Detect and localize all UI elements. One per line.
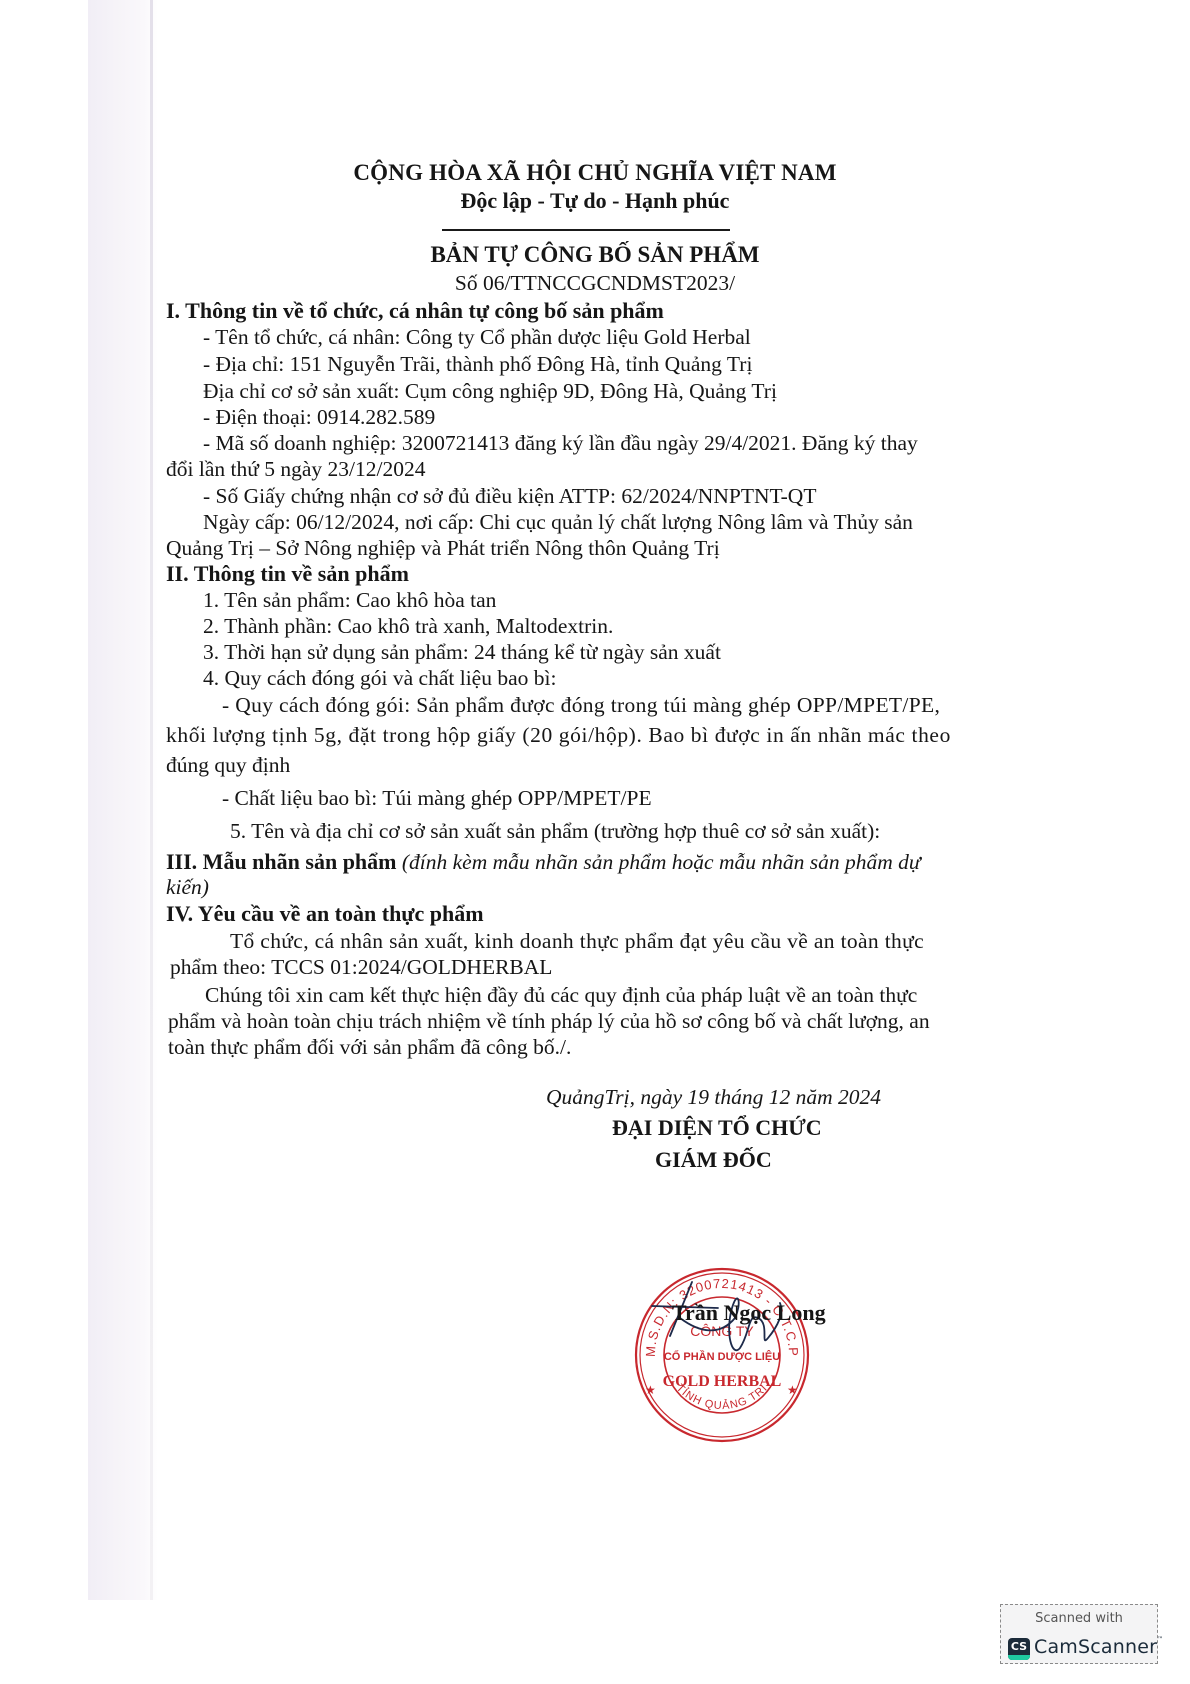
commitment-line-3: toàn thực phẩm đối với sản phẩm đã công … [168, 1034, 571, 1060]
manufacturer-line: 5. Tên và địa chỉ cơ sở sản xuất sản phẩ… [230, 818, 880, 844]
section-3-heading: III. Mẫu nhãn sản phẩm [166, 849, 396, 874]
section-3-note-cont: kiến) [166, 874, 209, 900]
attp-certificate-line: - Số Giấy chứng nhận cơ sở đủ điều kiện … [203, 483, 816, 509]
camscanner-watermark: Scanned with CS CamScanner™ [1000, 1604, 1158, 1664]
section-2-heading: II. Thông tin về sản phẩm [166, 561, 409, 587]
ingredients-line: 2. Thành phần: Cao khô trà xanh, Maltode… [203, 613, 613, 639]
issuer-line-cont: Quảng Trị – Sở Nông nghiệp và Phát triển… [166, 535, 720, 561]
document-number: Số 06/TTNCCGCNDMST2023/ [0, 270, 1190, 296]
scanned-with-label: Scanned with [1001, 1611, 1157, 1626]
packaging-heading-line: 4. Quy cách đóng gói và chất liệu bao bì… [203, 665, 556, 691]
address-line: - Địa chỉ: 151 Nguyễn Trãi, thành phố Đô… [203, 351, 752, 377]
signer-name: Trần Ngọc Long [672, 1300, 826, 1326]
document-title: BẢN TỰ CÔNG BỐ SẢN PHẨM [0, 242, 1190, 268]
safety-standard-line: Tổ chức, cá nhân sản xuất, kinh doanh th… [230, 928, 924, 954]
camscanner-brand: CamScanner™ [1034, 1636, 1163, 1658]
org-name-line: - Tên tổ chức, cá nhân: Công ty Cổ phần … [203, 324, 751, 350]
business-code-line-cont: đổi lần thứ 5 ngày 23/12/2024 [166, 456, 425, 482]
commitment-line-2: phẩm và hoàn toàn chịu trách nhiệm về tí… [168, 1008, 930, 1034]
signer-role-title: GIÁM ĐỐC [655, 1147, 772, 1173]
shelf-life-line: 3. Thời hạn sử dụng sản phẩm: 24 tháng k… [203, 639, 721, 665]
section-3-line: III. Mẫu nhãn sản phẩm (đính kèm mẫu nhã… [166, 849, 921, 875]
packaging-spec-line-end: đúng quy định [166, 752, 290, 778]
packaging-material-line: - Chất liệu bao bì: Túi màng ghép OPP/MP… [222, 785, 652, 811]
stamp-star-left-icon: ★ [645, 1383, 656, 1397]
motto-underline [442, 229, 730, 231]
section-3-note: (đính kèm mẫu nhãn sản phẩm hoặc mẫu nhã… [402, 850, 921, 874]
stamp-star-right-icon: ★ [787, 1383, 798, 1397]
commitment-line: Chúng tôi xin cam kết thực hiện đầy đủ c… [205, 982, 917, 1008]
packaging-spec-line: - Quy cách đóng gói: Sản phẩm được đóng … [222, 692, 940, 718]
motto: Độc lập - Tự do - Hạnh phúc [0, 188, 1190, 214]
signer-role-org: ĐẠI DIỆN TỔ CHỨC [612, 1115, 822, 1141]
document-page: CỘNG HÒA XÃ HỘI CHỦ NGHĨA VIỆT NAM Độc l… [0, 0, 1190, 1684]
product-name-line: 1. Tên sản phẩm: Cao khô hòa tan [203, 587, 496, 613]
place-date: QuảngTrị, ngày 19 tháng 12 năm 2024 [546, 1084, 881, 1110]
business-code-line: - Mã số doanh nghiệp: 3200721413 đăng ký… [203, 430, 918, 456]
section-4-heading: IV. Yêu cầu về an toàn thực phẩm [166, 901, 484, 927]
section-1-heading: I. Thông tin về tổ chức, cá nhân tự công… [166, 298, 664, 324]
factory-address-line: Địa chỉ cơ sở sản xuất: Cụm công nghiệp … [203, 378, 777, 404]
camscanner-logo-text: CS [1008, 1640, 1030, 1653]
issue-date-line: Ngày cấp: 06/12/2024, nơi cấp: Chi cục q… [203, 509, 913, 535]
stamp-line-3: GOLD HERBAL [663, 1373, 782, 1390]
safety-standard-line-cont: phẩm theo: TCCS 01:2024/GOLDHERBAL [170, 954, 552, 980]
packaging-spec-line-cont: khối lượng tịnh 5g, đặt trong hộp giấy (… [166, 722, 951, 748]
camscanner-logo-icon: CS [1008, 1638, 1030, 1660]
camscanner-brand-text: CamScanner [1034, 1636, 1157, 1658]
phone-line: - Điện thoại: 0914.282.589 [203, 404, 435, 430]
trademark-symbol: ™ [1157, 1636, 1163, 1643]
nation-heading: CỘNG HÒA XÃ HỘI CHỦ NGHĨA VIỆT NAM [0, 160, 1190, 186]
